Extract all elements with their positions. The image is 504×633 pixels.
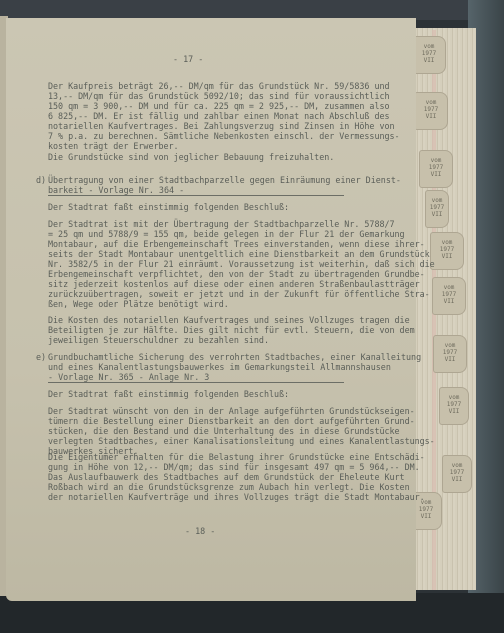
page-number-top: - 17 - bbox=[173, 54, 203, 64]
index-tab[interactable]: vom1977VII bbox=[442, 455, 472, 493]
page-number-bottom: - 18 - bbox=[185, 526, 215, 536]
index-tab[interactable]: vom1977VII bbox=[412, 36, 446, 74]
section-marker-e: e) bbox=[36, 352, 46, 362]
section-heading-e-line2: und eines Kanalentlastungsbauwerkes im G… bbox=[48, 362, 391, 372]
index-tab[interactable]: vom1977VII bbox=[439, 387, 469, 425]
section-heading-d-line2: barkeit - Vorlage Nr. 364 - bbox=[48, 185, 184, 195]
index-tab[interactable]: vom1977VII bbox=[419, 150, 453, 188]
index-tab[interactable]: vom1977VII bbox=[432, 277, 466, 315]
section-heading-e-line1: Grundbuchamtliche Sicherung des verrohrt… bbox=[48, 352, 421, 362]
resolution-intro: Der Stadtrat faßt einstimmig folgenden B… bbox=[48, 389, 289, 399]
section-heading-rule bbox=[48, 195, 344, 196]
index-tab[interactable]: vom1977VII bbox=[425, 190, 449, 228]
intro-note: Die Grundstücke sind von jeglicher Bebau… bbox=[48, 152, 334, 162]
resolution-intro: Der Stadtrat faßt einstimmig folgenden B… bbox=[48, 202, 289, 212]
index-tab[interactable]: vom1977VII bbox=[430, 232, 464, 270]
index-tab[interactable]: vom1977VII bbox=[414, 92, 448, 130]
section-marker-d: d) bbox=[36, 175, 46, 185]
section-heading-rule bbox=[48, 382, 344, 383]
index-tab[interactable]: vom1977VII bbox=[433, 335, 467, 373]
section-heading-d-line1: Übertragung von einer Stadtbachparzelle … bbox=[48, 175, 401, 185]
background-top bbox=[0, 0, 504, 20]
section-heading-e-line3: - Vorlage Nr. 365 - Anlage Nr. 3 bbox=[48, 372, 209, 382]
